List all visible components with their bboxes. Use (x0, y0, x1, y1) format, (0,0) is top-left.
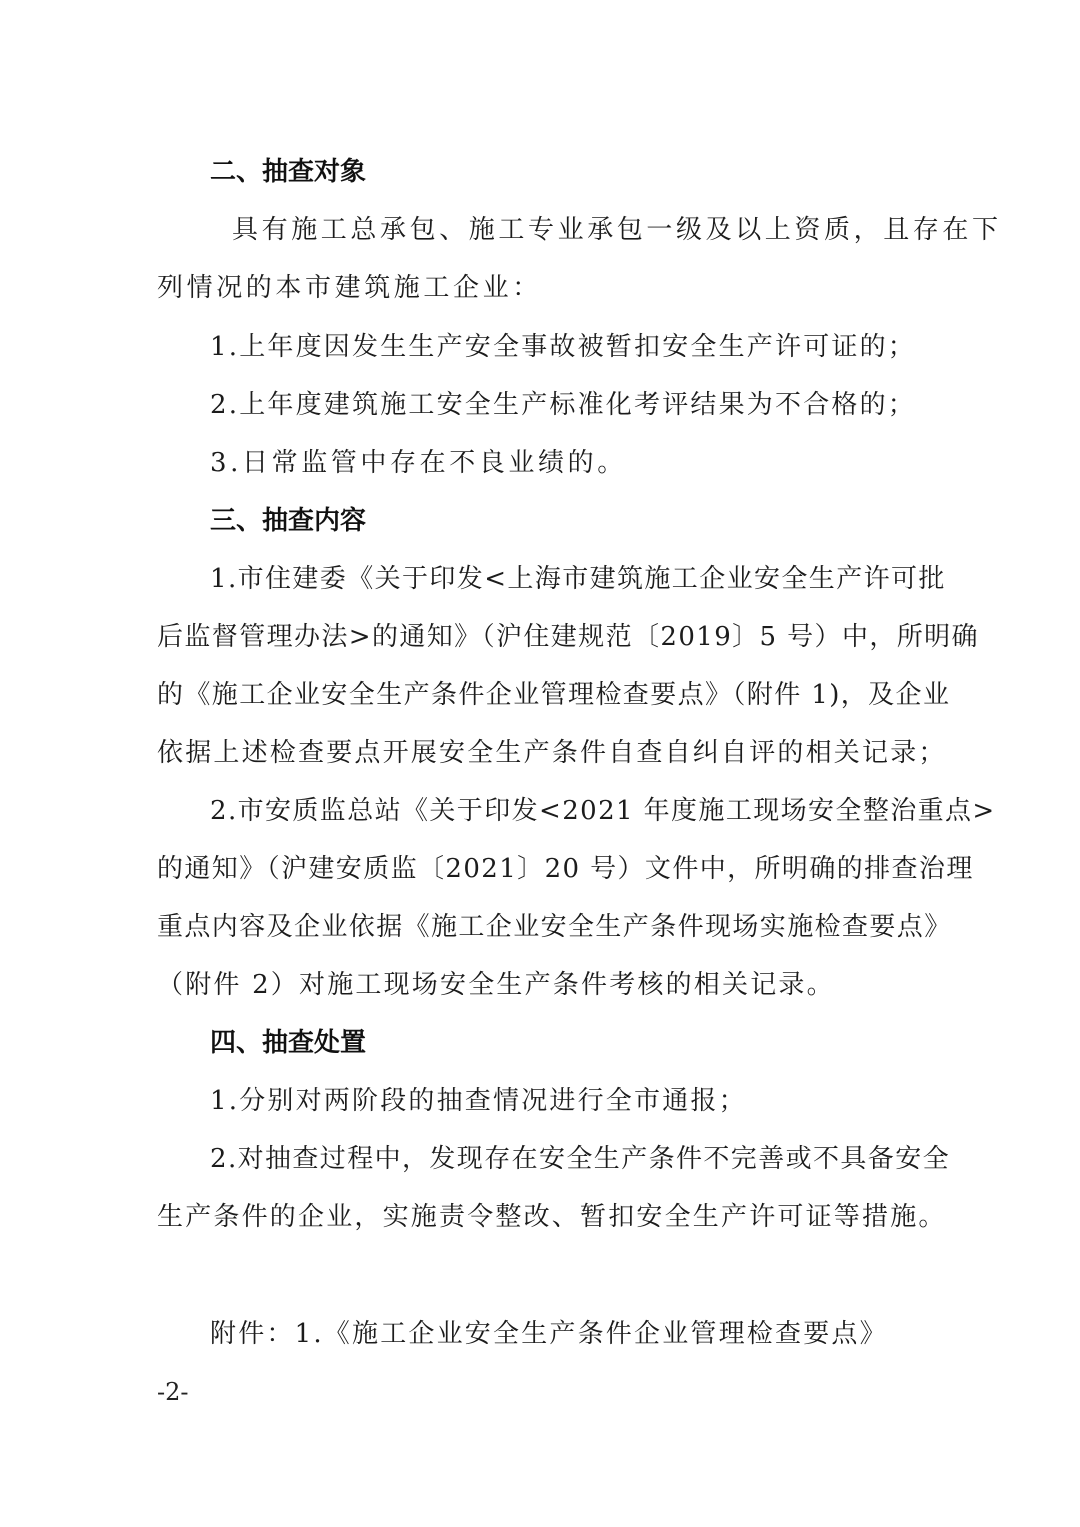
paragraph-line: 列情况的本市建筑施工企业： (157, 268, 542, 308)
paragraph-line: 依据上述检查要点开展安全生产条件自查自纠自评的相关记录； (157, 733, 947, 773)
list-item: 3.日常监管中存在不良业绩的。 (210, 443, 627, 483)
section-heading-disposal: 四、抽查处置 (210, 1023, 366, 1063)
paragraph-line: 2.市安质监总站《关于印发<2021 年度施工现场安全整治重点> (210, 791, 996, 831)
paragraph-line: 1.市住建委《关于印发<上海市建筑施工企业安全生产许可批 (210, 559, 946, 599)
list-item: 2.上年度建筑施工安全生产标准化考评结果为不合格的； (210, 385, 916, 425)
paragraph-line: 生产条件的企业，实施责令整改、暂扣安全生产许可证等措施。 (157, 1197, 947, 1237)
section-heading-objects: 二、抽查对象 (210, 152, 366, 192)
list-item: 1.上年度因发生生产安全事故被暂扣安全生产许可证的； (210, 327, 916, 367)
paragraph-line: 具有施工总承包、施工专业承包一级及以上资质，且存在下 (232, 210, 1002, 250)
list-item: 1.分别对两阶段的抽查情况进行全市通报； (210, 1081, 747, 1121)
attachment-line: 附件：1.《施工企业安全生产条件企业管理检查要点》 (210, 1314, 888, 1354)
paragraph-line: 后监督管理办法>的通知》（沪住建规范〔2019〕5 号）中，所明确 (157, 617, 979, 657)
paragraph-line: 的《施工企业安全生产条件企业管理检查要点》（附件 1)，及企业 (157, 675, 950, 715)
section-heading-content: 三、抽查内容 (210, 501, 366, 541)
paragraph-line: 重点内容及企业依据《施工企业安全生产条件现场实施检查要点》 (157, 907, 952, 947)
paragraph-line: 2.对抽查过程中，发现存在安全生产条件不完善或不具备安全 (210, 1139, 950, 1179)
paragraph-line: （附件 2）对施工现场安全生产条件考核的相关记录。 (157, 965, 835, 1005)
page-number: -2- (157, 1375, 189, 1409)
paragraph-line: 的通知》（沪建安质监〔2021〕20 号）文件中，所明确的排查治理 (157, 849, 974, 889)
